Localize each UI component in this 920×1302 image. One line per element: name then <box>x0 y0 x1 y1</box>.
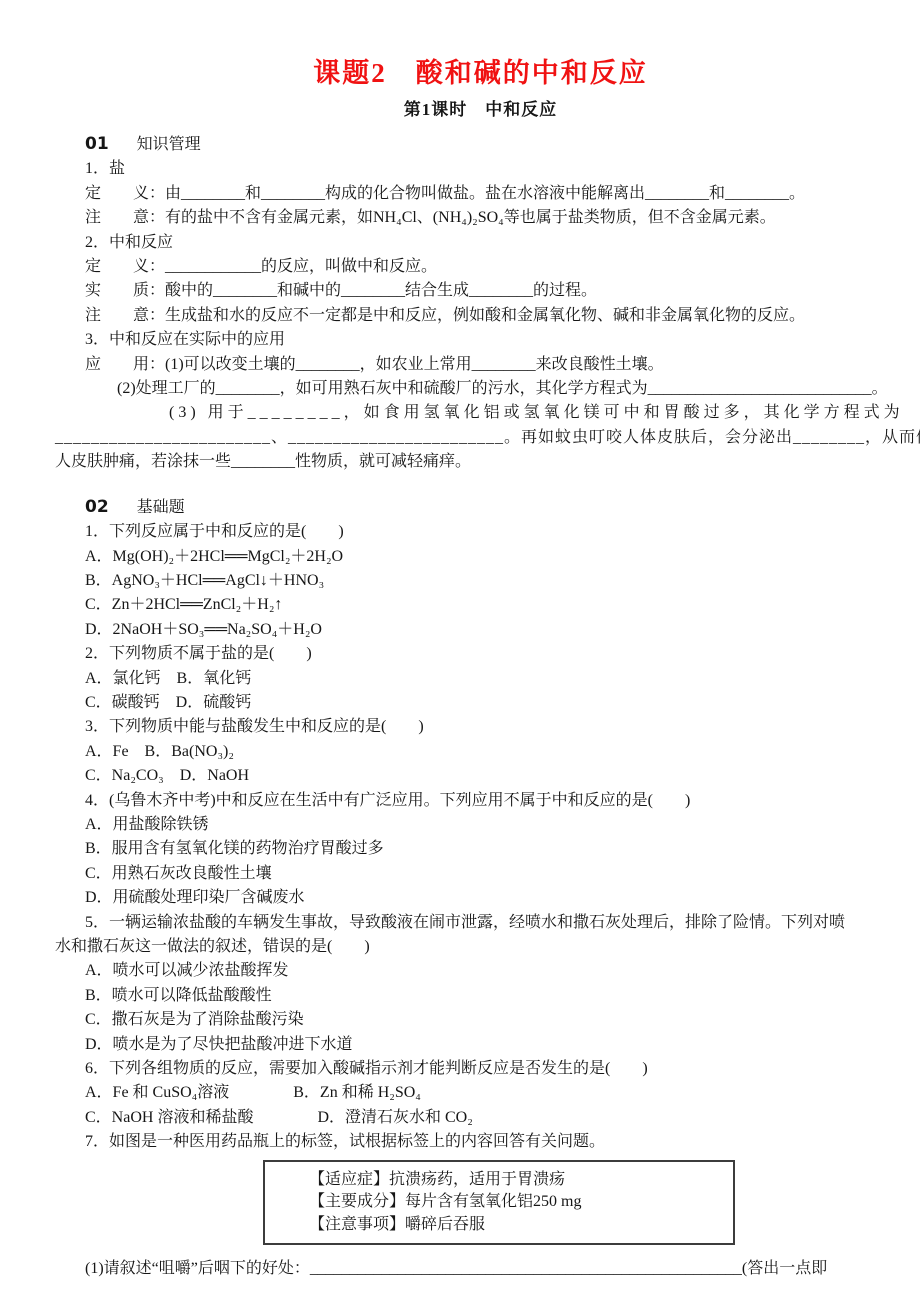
worksheet-line: D．用硫酸处理印染厂含碱废水 <box>55 886 906 910</box>
worksheet-line: D．2NaOH＋SO₃══Na₂SO₄＋H₂O <box>55 618 906 642</box>
question-7-sub-question: (1)请叙述“咀嚼”后咽下的好处：_______________________… <box>55 1257 906 1281</box>
section-number: 02 <box>85 497 109 517</box>
label-indication-line: 【适应症】抗溃疡药，适用于胃溃疡 <box>309 1169 725 1192</box>
worksheet-line: A．Mg(OH)₂＋2HCl══MgCl₂＋2H₂O <box>55 545 906 569</box>
worksheet-line: D．喷水是为了尽快把盐酸冲进下水道 <box>55 1033 906 1057</box>
worksheet-line: 1．盐 <box>55 157 906 181</box>
worksheet-line: B．AgNO₃＋HCl══AgCl↓＋HNO₃ <box>55 569 906 593</box>
section-number: 01 <box>85 134 109 154</box>
worksheet-line: C．Zn＋2HCl══ZnCl₂＋H₂↑ <box>55 593 906 617</box>
worksheet-line: 5．一辆运输浓盐酸的车辆发生事故，导致酸液在闹市泄露，经喷水和撒石灰处理后，排除… <box>55 911 906 935</box>
worksheet-line: 3．中和反应在实际中的应用 <box>55 328 906 352</box>
worksheet-line: C．Na₂CO₃ D．NaOH <box>55 764 906 788</box>
worksheet-line: A．Fe 和 CuSO₄溶液 B．Zn 和稀 H₂SO₄ <box>55 1081 906 1105</box>
worksheet-line: 定 义：由________和________构成的化合物叫做盐。盐在水溶液中能解… <box>55 182 906 206</box>
worksheet-line: 1．下列反应属于中和反应的是( ) <box>55 520 906 544</box>
worksheet-line: A．喷水可以减少浓盐酸挥发 <box>55 959 906 983</box>
worksheet-line: 应 用：(1)可以改变土壤的________，如农业上常用________来改良… <box>55 353 906 377</box>
section-heading: 01知识管理 <box>55 132 906 157</box>
medicine-label-box: 【适应症】抗溃疡药，适用于胃溃疡 【主要成分】每片含有氢氧化铝250 mg 【注… <box>263 1160 735 1246</box>
section-heading: 02基础题 <box>55 495 906 520</box>
worksheet-line: A．氯化钙 B．氧化钙 <box>55 667 906 691</box>
worksheet-line: 2．下列物质不属于盐的是( ) <box>55 642 906 666</box>
worksheet-line: B．服用含有氢氧化镁的药物治疗胃酸过多 <box>55 837 906 861</box>
worksheet-line: 实 质：酸中的________和碱中的________结合生成________的… <box>55 279 906 303</box>
worksheet-line: 水和撒石灰这一做法的叙述，错误的是( ) <box>55 935 906 959</box>
worksheet-line: C．撒石灰是为了消除盐酸污染 <box>55 1008 906 1032</box>
worksheet-line: C．NaOH 溶液和稀盐酸 D．澄清石灰水和 CO₂ <box>55 1106 906 1130</box>
worksheet-page: 课题2 酸和碱的中和反应 第1课时 中和反应 01知识管理1．盐定 义：由___… <box>0 0 920 1282</box>
worksheet-line: 注 意：生成盐和水的反应不一定都是中和反应，例如酸和金属氧化物、碱和非金属氧化物… <box>55 304 906 328</box>
worksheet-line: 3．下列物质中能与盐酸发生中和反应的是( ) <box>55 715 906 739</box>
worksheet-line: (3) 用于________，如食用氢氧化铝或氢氧化镁可中和胃酸过多，其化学方程… <box>55 401 906 425</box>
worksheet-line: (2)处理工厂的________，如可用熟石灰中和硫酸厂的污水，其化学方程式为_… <box>55 377 906 401</box>
worksheet-line: C．碳酸钙 D．硫酸钙 <box>55 691 906 715</box>
worksheet-line: 定 义：____________的反应，叫做中和反应。 <box>55 255 906 279</box>
worksheet-body: 01知识管理1．盐定 义：由________和________构成的化合物叫做盐… <box>55 132 906 1155</box>
lesson-subtitle: 第1课时 中和反应 <box>55 99 906 121</box>
worksheet-line: 注 意：有的盐中不含有金属元素，如NH₄Cl、(NH₄)₂SO₄等也属于盐类物质… <box>55 206 906 230</box>
worksheet-line: 7．如图是一种医用药品瓶上的标签，试根据标签上的内容回答有关问题。 <box>55 1130 906 1154</box>
worksheet-line: 6．下列各组物质的反应，需要加入酸碱指示剂才能判断反应是否发生的是( ) <box>55 1057 906 1081</box>
worksheet-line: 2．中和反应 <box>55 231 906 255</box>
label-ingredient-line: 【主要成分】每片含有氢氧化铝250 mg <box>309 1191 725 1214</box>
worksheet-line: ________________________、_______________… <box>55 426 906 450</box>
label-caution-line: 【注意事项】嚼碎后吞服 <box>309 1214 725 1237</box>
worksheet-line: B．喷水可以降低盐酸酸性 <box>55 984 906 1008</box>
worksheet-line: A．Fe B．Ba(NO₃)₂ <box>55 740 906 764</box>
worksheet-line: C．用熟石灰改良酸性土壤 <box>55 862 906 886</box>
worksheet-line: 人皮肤肿痛，若涂抹一些________性物质，就可减轻痛痒。 <box>55 450 906 474</box>
worksheet-line: A．用盐酸除铁锈 <box>55 813 906 837</box>
page-title: 课题2 酸和碱的中和反应 <box>55 56 906 90</box>
worksheet-line: 4．(乌鲁木齐中考)中和反应在生活中有广泛应用。下列应用不属于中和反应的是( ) <box>55 789 906 813</box>
